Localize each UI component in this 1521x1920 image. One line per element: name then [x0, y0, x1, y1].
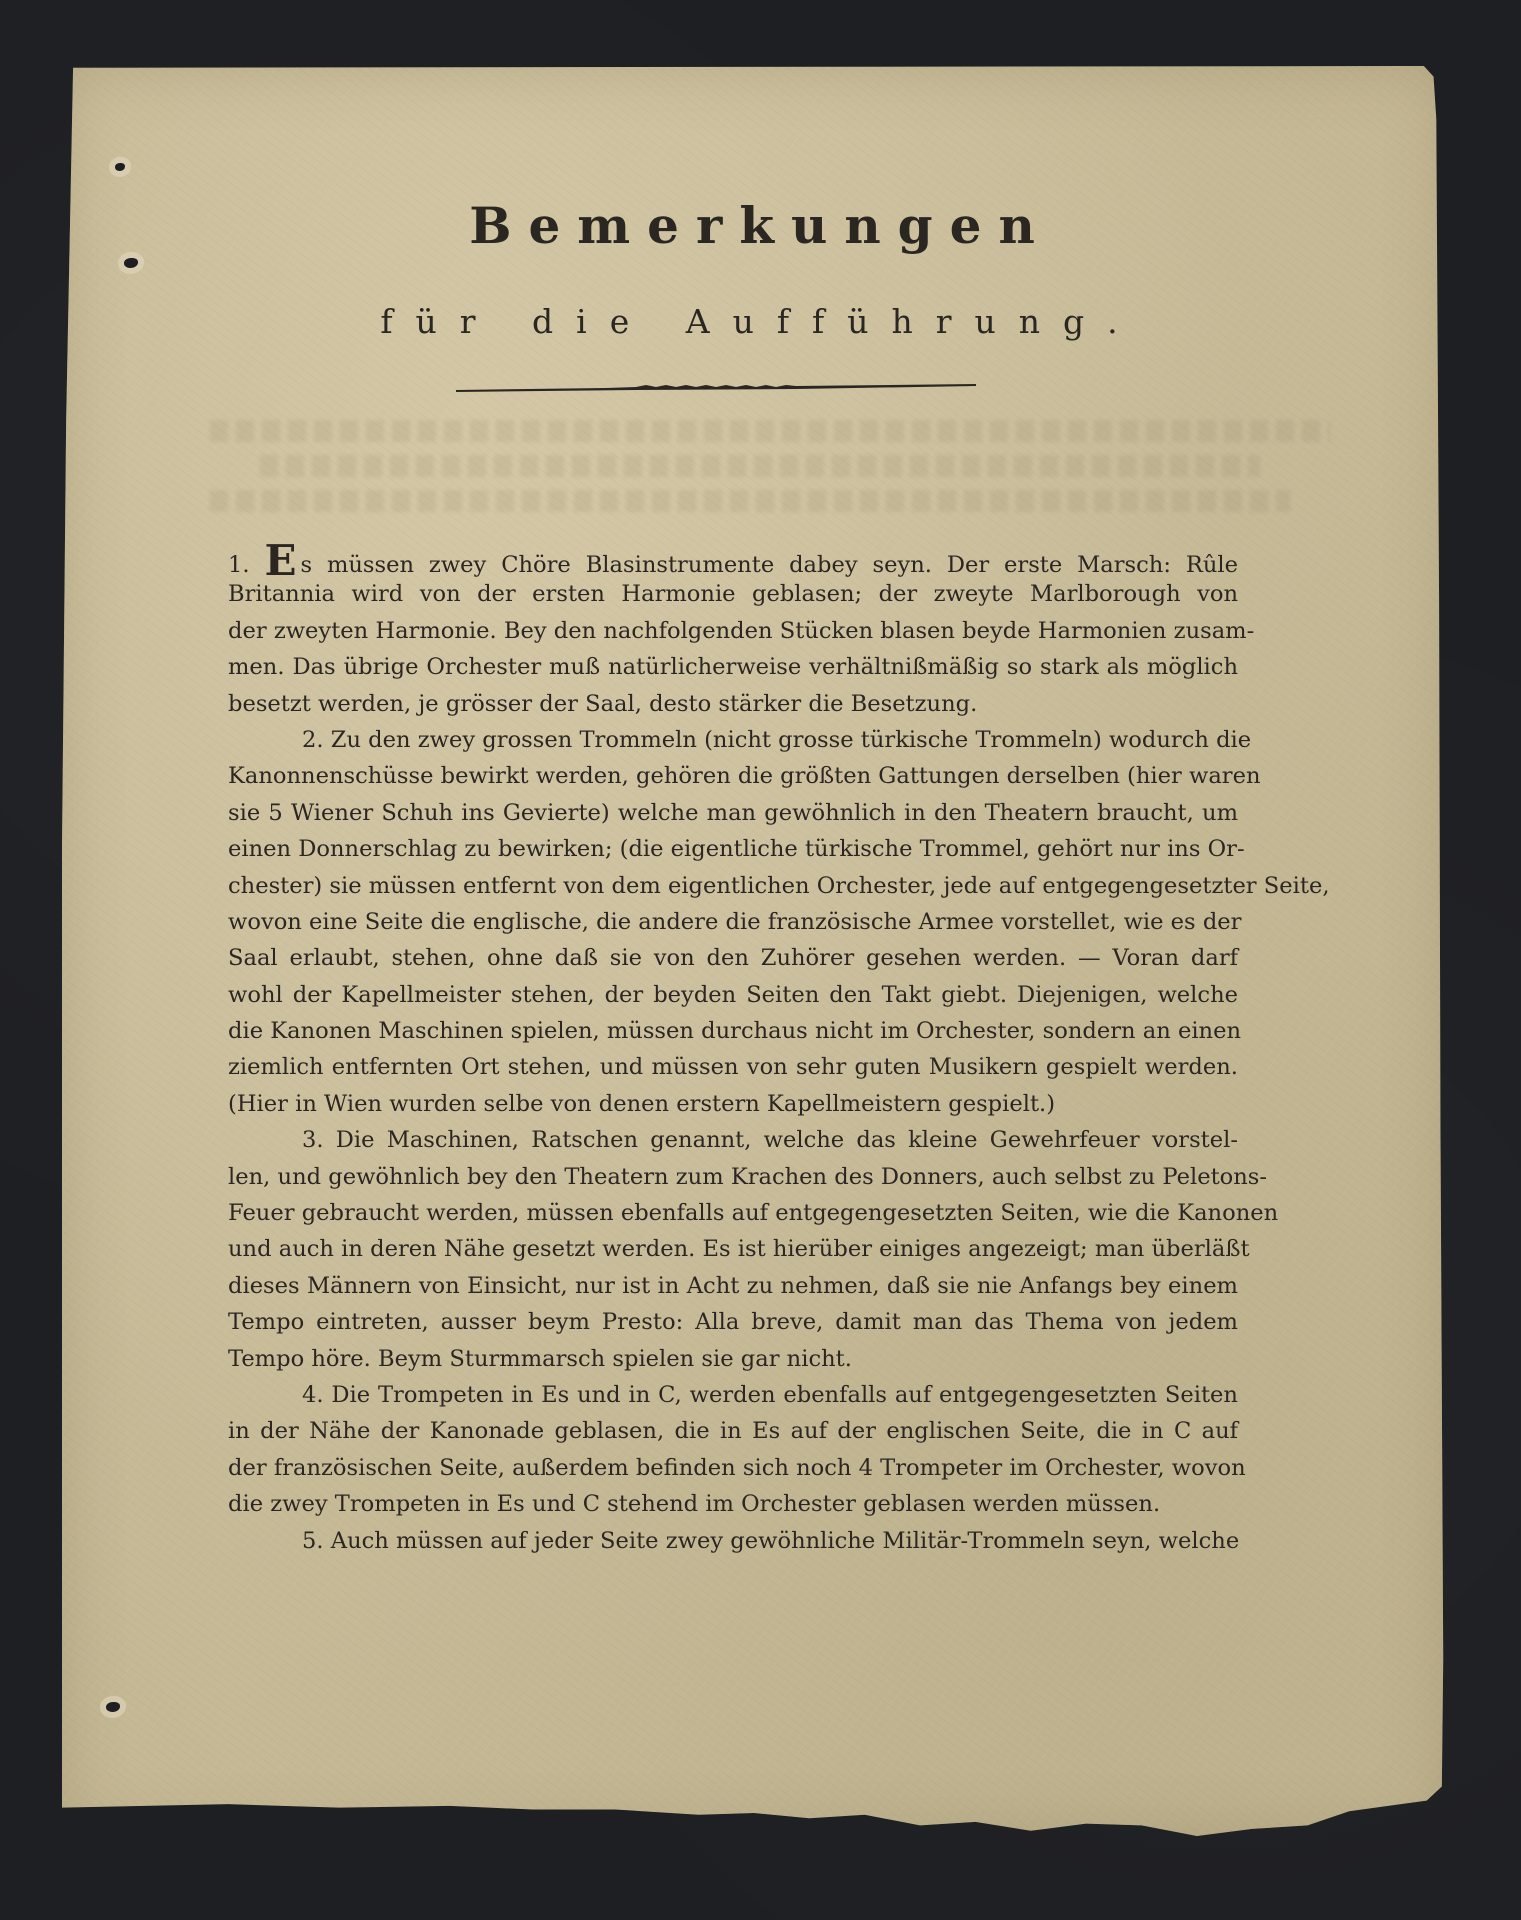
page-subtitle: für die Aufführung.: [0, 302, 1521, 341]
text-line: wohl der Kapellmeister stehen, der beyde…: [228, 977, 1238, 1013]
text-line: Die Maschinen, Ratschen genannt, welche …: [336, 1127, 1238, 1153]
paragraph-1: 1. Es müssen zwey Chöre Blasinstrumente …: [228, 540, 1238, 722]
bleed-through-texture: [210, 420, 1330, 442]
text-line: die zwey Trompeten in Es und C stehend i…: [228, 1486, 1238, 1522]
text-line: in der Nähe der Kanonade geblasen, die i…: [228, 1413, 1238, 1449]
text-line: die Kanonen Maschinen spielen, müssen du…: [228, 1013, 1238, 1049]
text-line: Auch müssen auf jeder Seite zwey gewöhnl…: [331, 1528, 1239, 1554]
text-line: Saal erlaubt, stehen, ohne daß sie von d…: [228, 940, 1238, 976]
text-line: ziemlich entfernten Ort stehen, und müss…: [228, 1049, 1238, 1085]
text-line: der französischen Seite, außerdem befind…: [228, 1450, 1238, 1486]
text-line: (Hier in Wien wurden selbe von denen ers…: [228, 1086, 1238, 1122]
text-line: Die Trompeten in Es und in C, werden ebe…: [331, 1382, 1238, 1408]
bleed-through-texture: [210, 490, 1290, 512]
text-line: Kanonnenschüsse bewirkt werden, gehören …: [228, 758, 1238, 794]
text-line: einen Donnerschlag zu bewirken; (die eig…: [228, 831, 1238, 867]
text-line: der zweyten Harmonie. Bey den nachfolgen…: [228, 613, 1238, 649]
text-line: Tempo höre. Beym Sturmmarsch spielen sie…: [228, 1341, 1238, 1377]
paragraph-number: 3.: [302, 1127, 324, 1153]
text-line: besetzt werden, je grösser der Saal, des…: [228, 686, 1238, 722]
paragraph-number: 5.: [302, 1528, 324, 1554]
paragraph-number: 1.: [228, 552, 250, 578]
text-line: dieses Männern von Einsicht, nur ist in …: [228, 1268, 1238, 1304]
text-line: Tempo eintreten, ausser beym Presto: All…: [228, 1304, 1238, 1340]
text-line: Feuer gebraucht werden, müssen ebenfalls…: [228, 1195, 1238, 1231]
text-line: len, und gewöhnlich bey den Theatern zum…: [228, 1159, 1238, 1195]
text-line: sie 5 Wiener Schuh ins Gevierte) welche …: [228, 795, 1238, 831]
paragraph-2: 2. Zu den zwey grossen Trommeln (nicht g…: [228, 722, 1238, 1122]
paragraph-4: 4. Die Trompeten in Es und in C, werden …: [228, 1377, 1238, 1523]
text-line: Zu den zwey grossen Trommeln (nicht gros…: [331, 727, 1251, 753]
paragraph-5: 5. Auch müssen auf jeder Seite zwey gewö…: [228, 1523, 1238, 1559]
text-line: wovon eine Seite die englische, die ande…: [228, 904, 1238, 940]
text-line: chester) sie müssen entfernt von dem eig…: [228, 868, 1238, 904]
text-line: s müssen zwey Chöre Blasinstrumente dabe…: [300, 552, 1238, 578]
bleed-through-texture: [260, 455, 1260, 477]
text-line: und auch in deren Nähe gesetzt werden. E…: [228, 1231, 1238, 1267]
text-line: men. Das übrige Orchester muß natürliche…: [228, 649, 1238, 685]
paragraph-number: 4.: [302, 1382, 324, 1408]
decorative-rule: [456, 382, 976, 392]
text-line: Britannia wird von der ersten Harmonie g…: [228, 576, 1238, 612]
paragraph-number: 2.: [302, 727, 324, 753]
paragraph-3: 3. Die Maschinen, Ratschen genannt, welc…: [228, 1122, 1238, 1377]
document-body: 1. Es müssen zwey Chöre Blasinstrumente …: [228, 540, 1238, 1559]
page-title: Bemerkungen: [0, 196, 1521, 255]
